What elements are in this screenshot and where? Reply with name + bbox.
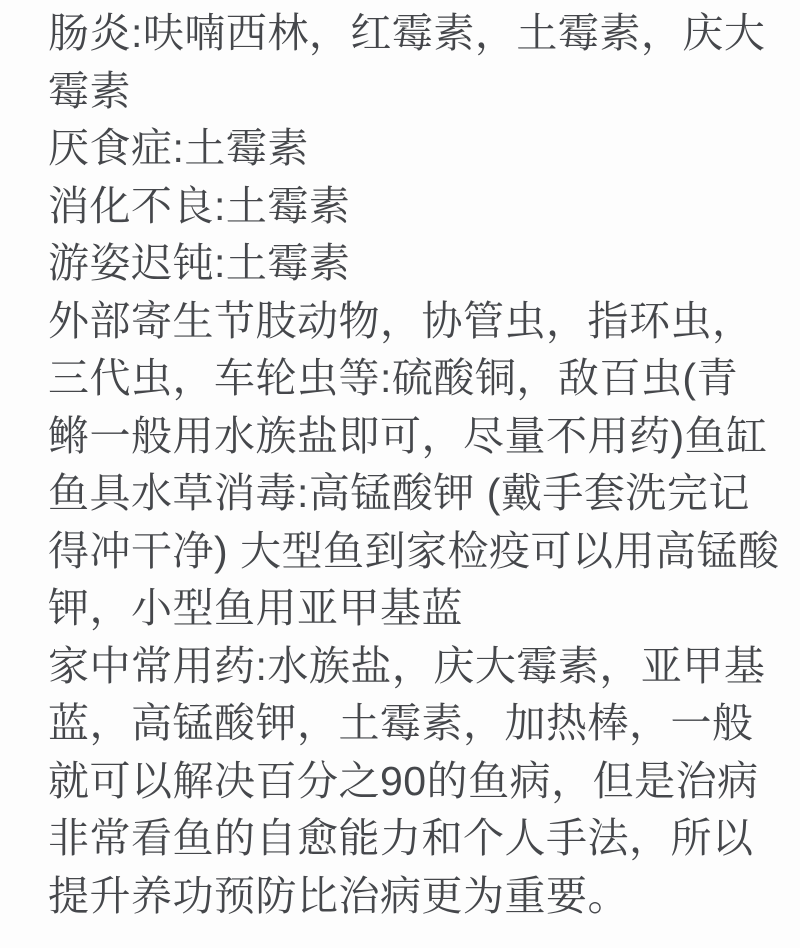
text-line-1: 肠炎:呋喃西林，红霉素，土霉素，庆大 xyxy=(48,5,766,63)
text-line-8: 鳉一般用水族盐即可，尽量不用药)鱼缸 xyxy=(48,408,766,466)
screenshot-root: { "page": { "background_color": "#fdfdfd… xyxy=(0,0,800,948)
text-line-4: 消化不良:土霉素 xyxy=(48,178,766,236)
text-line-6: 外部寄生节肢动物，协管虫，指环虫， xyxy=(48,293,766,351)
text-line-15: 非常看鱼的自愈能力和个人手法，所以 xyxy=(48,810,766,868)
text-line-2: 霉素 xyxy=(48,63,766,121)
text-line-5: 游姿迟钝:土霉素 xyxy=(48,235,766,293)
text-line-9: 鱼具水草消毒:高锰酸钾 (戴手套洗完记 xyxy=(48,465,766,523)
text-line-16: 提升养功预防比治病更为重要。 xyxy=(48,868,766,926)
text-line-11: 钾，小型鱼用亚甲基蓝 xyxy=(48,580,766,638)
text-document: 肠炎:呋喃西林，红霉素，土霉素，庆大 霉素 厌食症:土霉素 消化不良:土霉素 游… xyxy=(0,0,800,948)
text-line-3: 厌食症:土霉素 xyxy=(48,120,766,178)
text-line-13: 蓝，高锰酸钾，土霉素，加热棒，一般 xyxy=(48,695,766,753)
text-line-12: 家中常用药:水族盐，庆大霉素，亚甲基 xyxy=(48,638,766,696)
text-line-14: 就可以解决百分之90的鱼病，但是治病 xyxy=(48,753,766,811)
text-line-7: 三代虫，车轮虫等:硫酸铜，敌百虫(青 xyxy=(48,350,766,408)
text-line-10: 得冲干净) 大型鱼到家检疫可以用高锰酸 xyxy=(48,523,766,581)
